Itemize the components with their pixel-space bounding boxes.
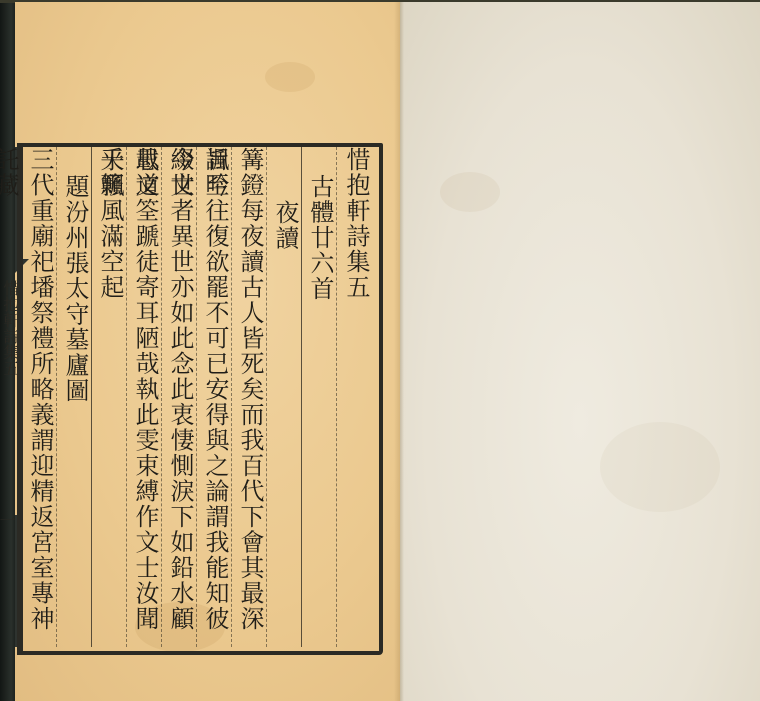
paper-stain (265, 62, 315, 92)
paper-stain (440, 172, 500, 212)
section-heading: 古體廿六首 (302, 174, 337, 674)
verse-line: 篝鐙每夜讀古人皆死矣而我百代下會其最深旨吟 (232, 147, 267, 647)
verse-line: 乎飄風滿空起 (92, 147, 127, 647)
book-title: 惜抱軒詩集五 (338, 147, 373, 647)
paper-stain (600, 422, 720, 512)
poem-title: 夜讀 (267, 200, 302, 700)
verse-line: 載道筌蹏徒寄耳陋哉執此雯束縛作文士汝聞天籟 (127, 147, 162, 647)
right-page-blank (400, 2, 760, 701)
preface-line: 三代重廟祀墦祭禮所略義謂迎精返宮室專神託藏 (22, 147, 57, 647)
verse-line: 綴文者異世亦如此念此衷悽惻淚下如鉛水顧思文 (162, 147, 197, 647)
poem-title: 題汾州張太守墓廬圖 (57, 174, 92, 674)
verse-line: 諷至往復欲罷不可已安得與之論謂我能知彼今世 (197, 147, 232, 647)
